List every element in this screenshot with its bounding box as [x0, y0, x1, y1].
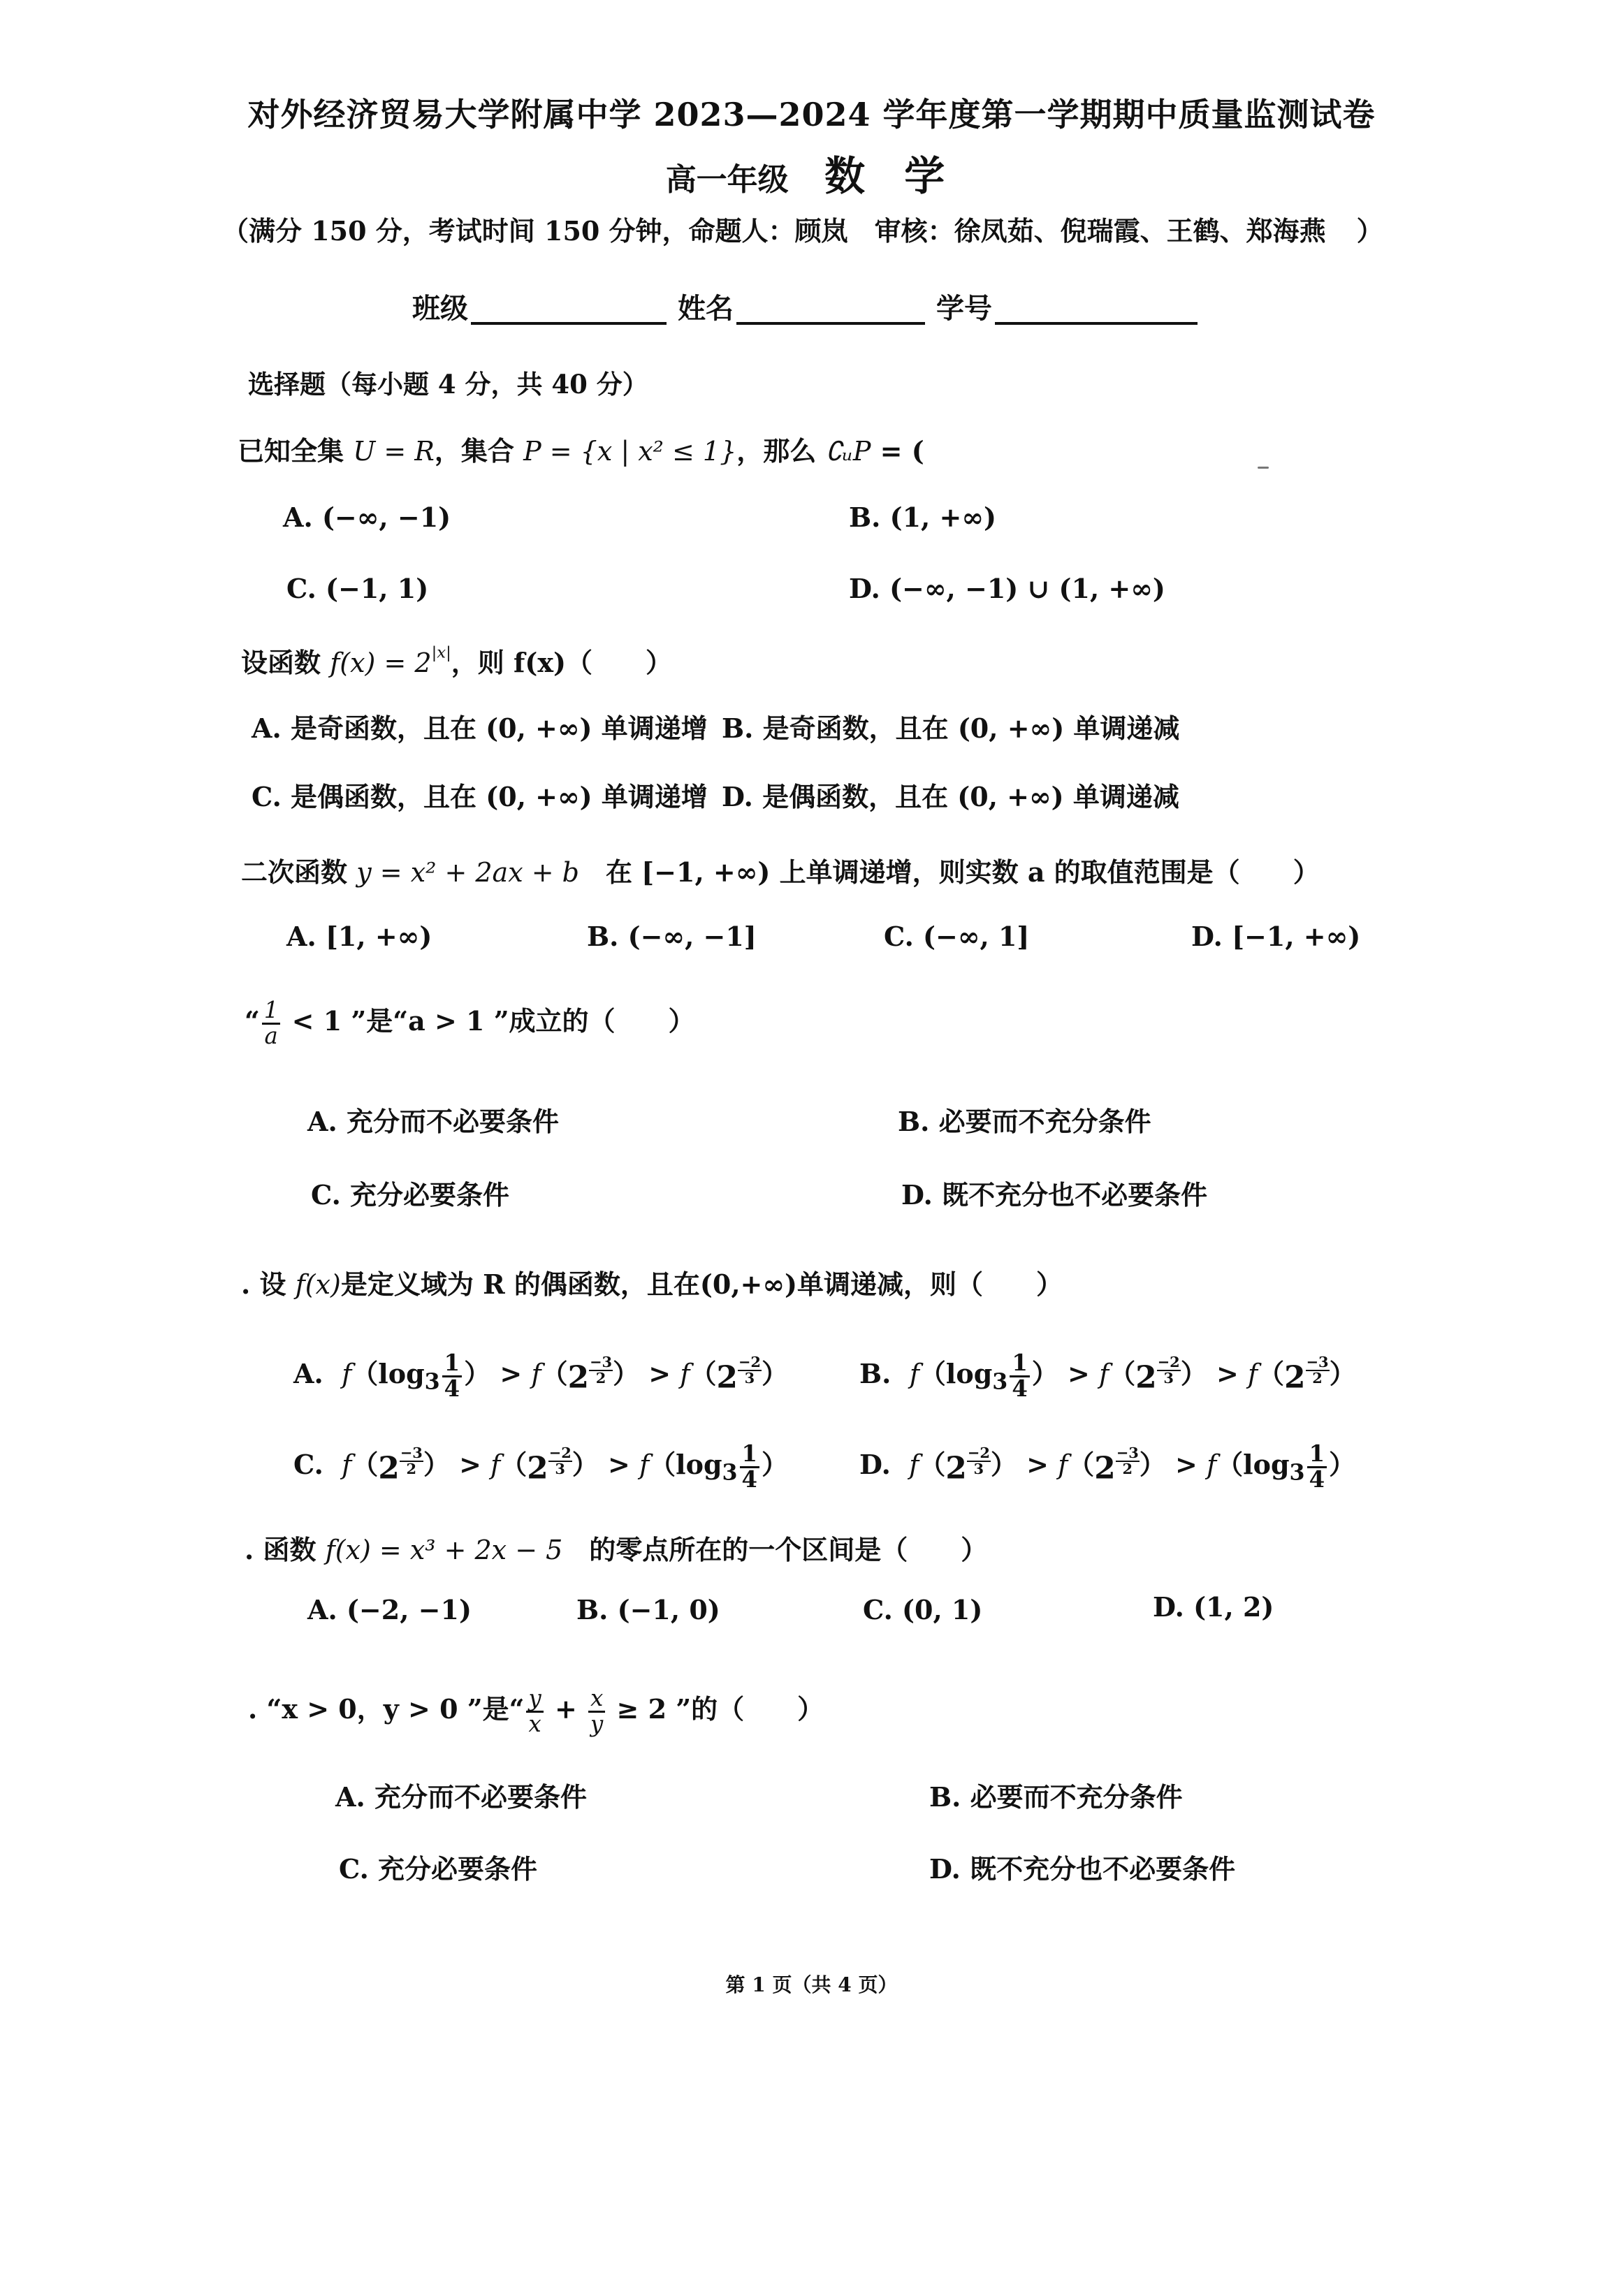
q7-text: . “x > 0，y > 0 ”是“	[248, 1693, 524, 1725]
option-letter: B.	[859, 1358, 891, 1389]
q2-option-b[interactable]: B. 是奇函数，且在 (0, +∞) 单调递减	[722, 707, 1179, 745]
paren: （	[690, 1358, 716, 1389]
option-text: 充分而不必要条件	[374, 1781, 587, 1813]
q4-text: < 1 ”是“a > 1 ”成立的（ ）	[282, 1005, 694, 1037]
question-1-stem: 已知全集 U = R，集合 P = {x | x² ≤ 1}，那么 ∁ᵤP = …	[238, 430, 924, 468]
name-blank[interactable]	[736, 322, 925, 325]
gt-symbol: >	[1175, 1449, 1198, 1480]
q1-math-u: U = R	[353, 436, 435, 467]
frac-num: 2	[1170, 1353, 1180, 1370]
option-letter: A.	[307, 1594, 337, 1625]
frac-den: y	[588, 1713, 605, 1736]
q6-option-b[interactable]: B. (−1, 0)	[576, 1594, 720, 1625]
log-base: 3	[722, 1460, 738, 1486]
q2-exponent: |x|	[432, 643, 451, 661]
option-letter: A.	[286, 921, 316, 952]
paren: （	[351, 1449, 378, 1480]
option-letter: B.	[849, 502, 880, 533]
q1-text: 已知全集	[238, 435, 353, 467]
q6-math: f(x) = x³ + 2x − 5	[326, 1535, 563, 1565]
option-text: (0, 1)	[902, 1594, 982, 1625]
frac-den: 3	[974, 1462, 984, 1477]
option-text: [−1, +∞)	[1232, 921, 1360, 952]
option-letter: A.	[252, 712, 282, 744]
paren: （	[1068, 1449, 1094, 1480]
student-id-blank[interactable]	[995, 322, 1198, 325]
exam-subtitle: 高一年级 数 学	[0, 143, 1623, 202]
gt-symbol: >	[500, 1358, 522, 1389]
gt-symbol: >	[608, 1449, 630, 1480]
log-symbol: log	[676, 1449, 722, 1480]
frac-num: 2	[750, 1353, 761, 1370]
frac-num: 1	[740, 1442, 759, 1468]
question-6-stem: . 函数 f(x) = x³ + 2x − 5 的零点所在的一个区间是（ ）	[245, 1528, 987, 1567]
option-letter: B.	[898, 1106, 929, 1137]
option-text: 必要而不充分条件	[970, 1781, 1183, 1813]
log-symbol: log	[946, 1358, 992, 1389]
log-symbol: log	[1243, 1449, 1289, 1480]
q5-option-d[interactable]: D. f（2−23） > f（2−32） > f（log314）	[859, 1442, 1355, 1492]
frac-num: 2	[980, 1444, 990, 1461]
gt-symbol: >	[459, 1449, 481, 1480]
frac-den: 4	[740, 1468, 759, 1492]
option-letter: C.	[311, 1179, 341, 1211]
name-label: 姓名	[678, 286, 734, 326]
q3-option-a[interactable]: A. [1, +∞)	[286, 921, 432, 952]
option-text: 充分必要条件	[378, 1853, 537, 1885]
exam-page: 对外经济贸易大学附属中学 2023—2024 学年度第一学期期中质量监测试卷 高…	[0, 0, 1623, 2296]
log-arg-fraction: 14	[1307, 1442, 1327, 1492]
exponent-fraction: −32	[400, 1446, 423, 1477]
question-2-stem: 设函数 f(x) = 2|x|，则 f(x)（ ）	[241, 641, 672, 680]
paren: ）	[423, 1449, 450, 1480]
base-two: 2	[1284, 1359, 1305, 1395]
q3-math: y = x² + 2ax + b	[356, 857, 579, 888]
minus: −	[968, 1444, 980, 1461]
question-3-stem: 二次函数 y = x² + 2ax + b 在 [−1, +∞) 上单调递增，则…	[241, 851, 1320, 889]
option-letter: C.	[286, 573, 316, 604]
option-text: (1, +∞)	[890, 502, 996, 533]
minus: −	[590, 1353, 602, 1370]
q7-text-suffix: ≥ 2 ”的（ ）	[607, 1693, 824, 1725]
q2-option-a[interactable]: A. 是奇函数，且在 (0, +∞) 单调递增	[252, 707, 708, 745]
exponent-fraction: −23	[738, 1355, 762, 1386]
option-letter: C.	[339, 1853, 369, 1885]
option-letter: D.	[929, 1853, 961, 1885]
paren: ）	[464, 1358, 490, 1389]
log-arg-fraction: 14	[442, 1352, 462, 1401]
f-symbol: f	[342, 1449, 351, 1480]
q7-fraction-x-over-y: xy	[588, 1687, 605, 1736]
plus: +	[546, 1693, 586, 1725]
paren: （	[649, 1449, 676, 1480]
class-label: 班级	[412, 286, 468, 326]
q4-option-d[interactable]: D. 既不充分也不必要条件	[901, 1173, 1207, 1212]
paren: （	[919, 1449, 945, 1480]
q4-option-a[interactable]: A. 充分而不必要条件	[307, 1100, 559, 1139]
q5-text-suffix: 是定义域为 R 的偶函数，且在(0,+∞)单调递减，则（ ）	[341, 1268, 1063, 1300]
log-base: 3	[1290, 1460, 1305, 1486]
q5-option-a[interactable]: A. f（log314） > f（2−32） > f（2−23）	[293, 1352, 788, 1401]
q2-text-suffix: ，则 f(x)（ ）	[451, 647, 672, 678]
q2-option-c[interactable]: C. 是偶函数，且在 (0, +∞) 单调递增	[252, 775, 708, 814]
option-letter: C.	[252, 781, 282, 812]
q7-fraction-y-over-x: yx	[526, 1687, 543, 1736]
option-text: 是偶函数，且在 (0, +∞) 单调递增	[291, 781, 708, 812]
question-5-stem: . 设 f(x)是定义域为 R 的偶函数，且在(0,+∞)单调递减，则（ ）	[241, 1263, 1063, 1301]
gt-symbol: >	[1068, 1358, 1090, 1389]
name-field[interactable]: 姓名	[678, 286, 925, 326]
minus: −	[549, 1444, 562, 1461]
option-text: 既不充分也不必要条件	[970, 1853, 1235, 1885]
frac-den: 4	[1010, 1377, 1029, 1401]
q7-option-d[interactable]: D. 既不充分也不必要条件	[929, 1848, 1235, 1886]
option-text: (−∞, −1]	[628, 921, 757, 952]
option-letter: D.	[722, 781, 753, 812]
q3-text: 二次函数	[241, 856, 356, 888]
log-symbol: log	[378, 1358, 424, 1389]
f-symbol: f	[342, 1359, 351, 1389]
frac-den: x	[527, 1713, 544, 1736]
paren: ）	[1330, 1358, 1356, 1389]
option-text: (1, 2)	[1193, 1591, 1274, 1623]
option-letter: C.	[293, 1449, 323, 1480]
q3-option-b[interactable]: B. (−∞, −1]	[587, 921, 757, 952]
exponent-fraction: −23	[967, 1446, 991, 1477]
q1-option-c[interactable]: C. (−1, 1)	[286, 573, 428, 604]
paren: （	[1216, 1449, 1243, 1480]
q3-text-suffix: 在 [−1, +∞) 上单调递增，则实数 a 的取值范围是（ ）	[579, 856, 1320, 888]
frac-den: 2	[596, 1371, 606, 1386]
option-text: (−∞, −1)	[322, 502, 451, 533]
frac-num: 1	[1307, 1442, 1327, 1468]
frac-den: 2	[1312, 1371, 1323, 1386]
q4-frac-num: 1	[262, 999, 281, 1025]
option-text: (−1, 0)	[618, 1594, 720, 1625]
q4-frac-den: a	[263, 1025, 280, 1048]
page-number: 第 1 页（共 4 页）	[0, 1970, 1623, 1998]
exam-info-text: （满分 150 分，考试时间 150 分钟，命题人：顾岚 审核：徐凤茹、倪瑞霞、…	[222, 215, 1326, 247]
q6-text-suffix: 的零点所在的一个区间是（ ）	[562, 1534, 987, 1565]
option-text: (−1, 1)	[326, 573, 428, 604]
exponent-fraction: −32	[589, 1355, 613, 1386]
exam-info: （满分 150 分，考试时间 150 分钟，命题人：顾岚 审核：徐凤茹、倪瑞霞、…	[222, 210, 1383, 248]
q4-fraction: 1a	[262, 999, 281, 1048]
q5-math: f(x)	[296, 1269, 341, 1300]
question-4-stem: “1a < 1 ”是“a > 1 ”成立的（ ）	[245, 999, 695, 1048]
paren: （	[541, 1358, 568, 1389]
student-fields: 班级 姓名 学号	[412, 286, 1209, 326]
q6-text: . 函数	[245, 1534, 326, 1565]
frac-num: 3	[602, 1353, 613, 1370]
exponent-fraction: −32	[1116, 1446, 1140, 1477]
q2-text: 设函数	[241, 647, 330, 678]
q4-open-quote: “	[245, 1005, 260, 1037]
q7-option-b[interactable]: B. 必要而不充分条件	[929, 1776, 1183, 1814]
scan-speck	[1258, 467, 1269, 469]
q1-option-d[interactable]: D. (−∞, −1) ∪ (1, +∞)	[849, 573, 1165, 604]
paren: ）	[572, 1449, 599, 1480]
minus: −	[400, 1444, 413, 1461]
f-symbol: f	[1248, 1359, 1258, 1389]
option-letter: B.	[929, 1781, 961, 1813]
frac-num: 3	[1128, 1444, 1139, 1461]
option-text: 充分必要条件	[350, 1179, 509, 1211]
q1-option-a[interactable]: A. (−∞, −1)	[283, 502, 451, 533]
q1-math-complement: ∁ᵤP	[826, 436, 871, 467]
q5-option-b[interactable]: B. f（log314） > f（2−23） > f（2−32）	[859, 1352, 1356, 1401]
option-text: (−∞, 1]	[923, 921, 1029, 952]
paren: ）	[762, 1358, 788, 1389]
q4-option-c[interactable]: C. 充分必要条件	[311, 1173, 509, 1212]
f-symbol: f	[490, 1449, 500, 1480]
q3-option-d[interactable]: D. [−1, +∞)	[1191, 921, 1360, 952]
base-two: 2	[1135, 1359, 1156, 1395]
option-text: (−∞, −1) ∪ (1, +∞)	[889, 573, 1165, 604]
paren: ）	[1181, 1358, 1207, 1389]
f-symbol: f	[910, 1359, 919, 1389]
option-letter: B.	[587, 921, 618, 952]
minus: −	[1116, 1444, 1129, 1461]
minus: −	[1307, 1353, 1319, 1370]
frac-num: x	[588, 1687, 605, 1713]
f-symbol: f	[639, 1449, 649, 1480]
frac-num: 1	[1010, 1352, 1029, 1377]
paren: ）	[1032, 1358, 1058, 1389]
exponent-fraction: −23	[548, 1446, 572, 1477]
paren: （	[1109, 1358, 1135, 1389]
frac-num: 3	[412, 1444, 423, 1461]
option-letter: A.	[283, 502, 313, 533]
log-arg-fraction: 14	[1010, 1352, 1029, 1401]
option-text: 既不充分也不必要条件	[942, 1179, 1207, 1211]
q1-option-b[interactable]: B. (1, +∞)	[849, 502, 996, 533]
option-letter: D.	[1153, 1591, 1184, 1623]
q3-option-c[interactable]: C. (−∞, 1]	[884, 921, 1029, 952]
q6-option-c[interactable]: C. (0, 1)	[863, 1594, 982, 1625]
option-text: [1, +∞)	[326, 921, 432, 952]
paren: ）	[1329, 1449, 1355, 1480]
paren: ）	[991, 1449, 1017, 1480]
gt-symbol: >	[1216, 1358, 1239, 1389]
frac-num: 3	[1318, 1353, 1329, 1370]
option-text: 是偶函数，且在 (0, +∞) 单调递减	[762, 781, 1179, 812]
option-letter: D.	[1191, 921, 1223, 952]
section-heading: 选择题（每小题 4 分，共 40 分）	[248, 363, 648, 401]
option-letter: D.	[901, 1179, 933, 1211]
f-symbol: f	[680, 1359, 690, 1389]
minus: −	[1158, 1353, 1170, 1370]
f-symbol: f	[531, 1359, 541, 1389]
frac-den: 3	[745, 1371, 755, 1386]
q1-text-mid2: ，那么	[736, 435, 825, 467]
q4-option-b[interactable]: B. 必要而不充分条件	[898, 1100, 1151, 1139]
option-letter: A.	[307, 1106, 337, 1137]
option-letter: A.	[293, 1358, 323, 1389]
q6-option-d[interactable]: D. (1, 2)	[1153, 1591, 1274, 1623]
frac-num: 1	[442, 1352, 462, 1377]
paren: ）	[762, 1449, 788, 1480]
option-text: 是奇函数，且在 (0, +∞) 单调递增	[291, 712, 708, 744]
base-two: 2	[945, 1450, 966, 1486]
paren: （	[1258, 1358, 1284, 1389]
student-id-field[interactable]: 学号	[936, 286, 1198, 326]
option-letter: B.	[722, 712, 753, 744]
option-letter: C.	[863, 1594, 893, 1625]
q2-option-d[interactable]: D. 是偶函数，且在 (0, +∞) 单调递减	[722, 775, 1179, 814]
base-two: 2	[378, 1450, 399, 1486]
frac-den: 2	[1122, 1462, 1133, 1477]
frac-den: 4	[1307, 1468, 1327, 1492]
base-two: 2	[527, 1450, 548, 1486]
paren: （	[919, 1358, 946, 1389]
f-symbol: f	[909, 1449, 919, 1480]
frac-den: 3	[1163, 1371, 1174, 1386]
q6-option-a[interactable]: A. (−2, −1)	[307, 1594, 472, 1625]
exponent-fraction: −32	[1306, 1355, 1330, 1386]
option-letter: C.	[884, 921, 914, 952]
option-text: 必要而不充分条件	[939, 1106, 1151, 1137]
option-letter: D.	[859, 1449, 891, 1480]
q1-text-mid: ，集合	[435, 435, 523, 467]
f-symbol: f	[1058, 1449, 1068, 1480]
gt-symbol: >	[1026, 1449, 1049, 1480]
exam-info-close: ）	[1357, 215, 1383, 247]
paren: （	[351, 1358, 378, 1389]
gt-symbol: >	[648, 1358, 671, 1389]
option-text: 是奇函数，且在 (0, +∞) 单调递减	[763, 712, 1180, 744]
paren: ）	[1140, 1449, 1166, 1480]
q2-math: f(x) = 2	[330, 648, 431, 678]
q7-option-c[interactable]: C. 充分必要条件	[339, 1848, 537, 1886]
option-letter: D.	[849, 573, 880, 604]
log-base: 3	[425, 1369, 440, 1395]
base-two: 2	[716, 1359, 737, 1395]
frac-den: 4	[442, 1377, 462, 1401]
exam-title: 对外经济贸易大学附属中学 2023—2024 学年度第一学期期中质量监测试卷	[0, 89, 1623, 136]
option-text: (−2, −1)	[347, 1594, 472, 1625]
frac-den: 2	[407, 1462, 417, 1477]
f-symbol: f	[1207, 1449, 1216, 1480]
q5-text: . 设	[241, 1268, 296, 1300]
frac-num: 2	[561, 1444, 572, 1461]
minus: −	[738, 1353, 751, 1370]
base-two: 2	[568, 1359, 589, 1395]
frac-num: y	[526, 1687, 543, 1713]
grade-label: 高一年级	[666, 162, 789, 198]
log-arg-fraction: 14	[740, 1442, 759, 1492]
q5-option-c[interactable]: C. f（2−32） > f（2−23） > f（log314）	[293, 1442, 788, 1492]
class-blank[interactable]	[471, 322, 667, 325]
base-two: 2	[1094, 1450, 1115, 1486]
student-id-label: 学号	[936, 286, 992, 326]
log-base: 3	[992, 1369, 1007, 1395]
q1-math-p: P = {x | x² ≤ 1}	[523, 436, 736, 467]
question-7-stem: . “x > 0，y > 0 ”是“yx + xy ≥ 2 ”的（ ）	[248, 1687, 824, 1736]
exponent-fraction: −23	[1157, 1355, 1181, 1386]
q7-option-a[interactable]: A. 充分而不必要条件	[335, 1776, 587, 1814]
class-field[interactable]: 班级	[412, 286, 667, 326]
option-text: 充分而不必要条件	[347, 1106, 559, 1137]
frac-den: 3	[555, 1462, 565, 1477]
q1-text-suffix: = (	[871, 435, 924, 467]
f-symbol: f	[1099, 1359, 1109, 1389]
option-letter: B.	[576, 1594, 608, 1625]
subject-label: 数 学	[824, 152, 957, 200]
paren: ）	[613, 1358, 639, 1389]
option-letter: A.	[335, 1781, 365, 1813]
paren: （	[500, 1449, 527, 1480]
